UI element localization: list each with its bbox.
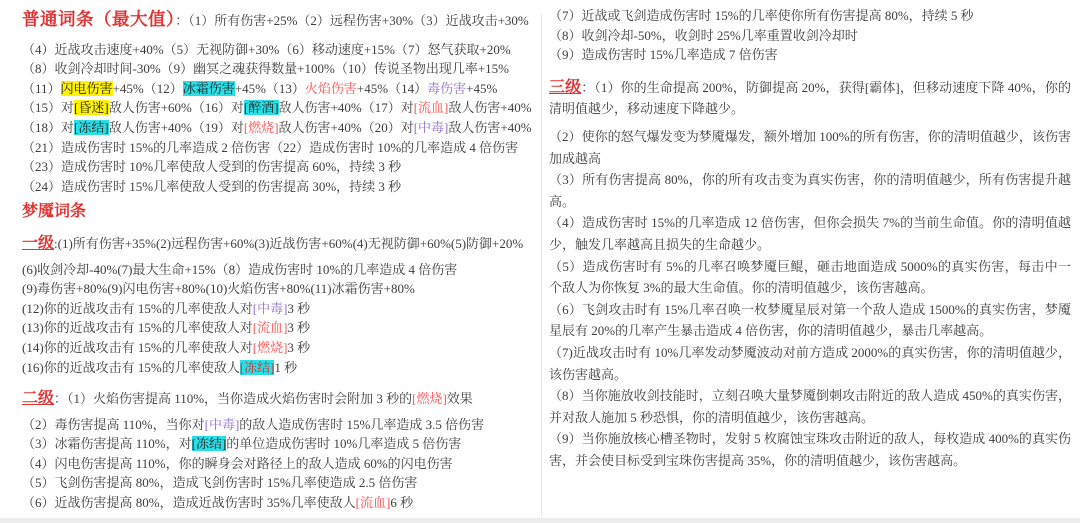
text-line: （3）冰霜伤害提高 110%，对[冻结]的单位造成伤害时 10%几率造成 5 倍… xyxy=(22,434,534,454)
status-term: 毒伤害 xyxy=(427,81,466,96)
status-term: 冰霜伤害 xyxy=(183,81,235,96)
text-run: 1 秒 xyxy=(274,360,297,375)
text-run: +45%（13） xyxy=(235,81,305,96)
text-line: （23）造成伤害时 10%几率使敌人受到的伤害提高 60%，持续 3 秒 xyxy=(22,157,534,177)
column-divider xyxy=(541,14,542,523)
text-run: 效果 xyxy=(447,391,473,406)
right-page-column: （7）近战或飞剑造成伤害时 15%的几率使你所有伤害提高 80%，持续 5 秒（… xyxy=(549,6,1071,471)
status-term: [昏迷] xyxy=(74,100,109,115)
text-line: （5）飞剑伤害提高 80%，造成飞剑伤害时 15%几率使造成 2.5 倍伤害 xyxy=(22,473,534,493)
text-run: 敌人伤害+40%（20）对 xyxy=(279,120,414,135)
text-run: (16)你的近战攻击有 15%的几率使敌人 xyxy=(22,360,240,375)
text-run: （5）飞剑伤害提高 80%，造成飞剑伤害时 15%几率使造成 2.5 倍伤害 xyxy=(22,475,417,490)
text-run: 3 秒 xyxy=(287,320,310,335)
text-line: (9)毒伤害+80%(9)闪电伤害+80%(10)火焰伤害+80%(11)冰霜伤… xyxy=(22,279,534,299)
text-run: (14)你的近战攻击有 15%的几率使敌人对 xyxy=(22,340,253,355)
status-term: [燃烧] xyxy=(253,340,288,355)
text-line: （21）造成伤害时 15%的几率造成 2 倍伤害（22）造成伤害时 10%的几率… xyxy=(22,138,534,158)
section-heading: 普通词条（最大值） xyxy=(22,9,175,29)
text-line: (6)收剑冷却-40%(7)最大生命+15%（8）造成伤害时 10%的几率造成 … xyxy=(22,260,534,280)
text-run: :(1)所有伤害+35%(2)远程伤害+60%(3)近战伤害+60%(4)无视防… xyxy=(54,236,523,251)
text-run: （24）造成伤害时 15%几率使敌人受到的伤害提高 30%，持续 3 秒 xyxy=(22,179,401,194)
text-run: (12)你的近战攻击有 15%的几率使敌人对 xyxy=(22,301,253,316)
text-run: 敌人伤害+40%（17）对 xyxy=(279,100,414,115)
text-run: （8）收剑冷却时间-30%（9）幽冥之魂获得数量+100%（10）传说圣物出现几… xyxy=(22,61,509,76)
status-term: [中毒] xyxy=(414,120,449,135)
text-line: （4）闪电伤害提高 110%，你的瞬身会对路径上的敌人造成 60%的闪电伤害 xyxy=(22,454,534,474)
text-line: （5）造成伤害时有 5%的几率召唤梦魇巨鲲，砸击地面造成 5000%的真实伤害，… xyxy=(549,256,1071,299)
left-page-column: 普通词条（最大值）：（1）所有伤害+25%（2）远程伤害+30%（3）近战攻击+… xyxy=(22,10,534,513)
text-line: （2）毒伤害提高 110%，当你对[中毒]的敌人造成伤害时 15%几率造成 3.… xyxy=(22,415,534,435)
text-run: 敌人伤害+40% xyxy=(448,100,531,115)
text-run: ：（1）所有伤害+25%（2）远程伤害+30%（3）近战攻击+30% xyxy=(175,13,528,28)
text-run: （9）造成伤害时 15%几率造成 7 倍伤害 xyxy=(549,47,778,62)
status-term: [冻结] xyxy=(192,436,227,451)
text-run: +45% xyxy=(466,81,497,96)
text-run: （4）造成伤害时 15%的几率造成 12 倍伤害，但你会损失 7%的当前生命值。… xyxy=(549,215,1071,252)
text-run: （8）当你施放收剑技能时，立刻召唤大量梦魇倒刺攻击附近的敌人造成 450%的真实… xyxy=(549,388,1071,425)
text-run: （4）近战攻击速度+40%（5）无视防御+30%（6）移动速度+15%（7）怒气… xyxy=(22,42,511,57)
text-line: （4）近战攻击速度+40%（5）无视防御+30%（6）移动速度+15%（7）怒气… xyxy=(22,40,534,60)
text-line: （2）使你的怒气爆发变为梦魇爆发，额外增加 100%的所有伤害，你的清明值越少，… xyxy=(549,126,1071,169)
text-line: （24）造成伤害时 15%几率使敌人受到的伤害提高 30%，持续 3 秒 xyxy=(22,177,534,197)
document-page: 普通词条（最大值）：（1）所有伤害+25%（2）远程伤害+30%（3）近战攻击+… xyxy=(0,0,1080,523)
text-run: （23）造成伤害时 10%几率使敌人受到的伤害提高 60%，持续 3 秒 xyxy=(22,159,401,174)
text-line: （4）造成伤害时 15%的几率造成 12 倍伤害，但你会损失 7%的当前生命值。… xyxy=(549,212,1071,255)
text-line: 二级：（1）火焰伤害提高 110%，当你造成火焰伤害时会附加 3 秒的[燃烧]效… xyxy=(22,389,534,409)
text-run: （15）对 xyxy=(22,100,74,115)
text-line: （8）收剑冷却-50%，收剑时 25%几率重置收剑冷却时 xyxy=(549,26,1071,46)
status-term: 火焰伤害 xyxy=(305,81,357,96)
text-run: 3 秒 xyxy=(287,340,310,355)
status-term: [流血] xyxy=(356,495,391,510)
text-run: 敌人伤害+60%（16）对 xyxy=(109,100,244,115)
text-run: （6）近战伤害提高 80%，造成近战伤害时 35%几率使敌人 xyxy=(22,495,356,510)
text-run: (13)你的近战攻击有 15%的几率使敌人对 xyxy=(22,320,253,335)
status-term: [冻结] xyxy=(240,360,275,375)
text-run: +45%（14） xyxy=(357,81,427,96)
text-line: (16)你的近战攻击有 15%的几率使敌人[冻结]1 秒 xyxy=(22,358,534,378)
text-run: （9）当你施放核心槽圣物时，发射 5 枚腐蚀宝珠攻击附近的敌人，每枚造成 400… xyxy=(549,431,1071,468)
text-line: (14)你的近战攻击有 15%的几率使敌人对[燃烧]3 秒 xyxy=(22,338,534,358)
text-line: （8）收剑冷却时间-30%（9）幽冥之魂获得数量+100%（10）传说圣物出现几… xyxy=(22,59,534,79)
text-run: （21）造成伤害时 15%的几率造成 2 倍伤害（22）造成伤害时 10%的几率… xyxy=(22,140,518,155)
text-run: ：（1）火焰伤害提高 110%，当你造成火焰伤害时会附加 3 秒的 xyxy=(54,391,412,406)
text-line: （9）造成伤害时 15%几率造成 7 倍伤害 xyxy=(549,45,1071,65)
text-run: （3）冰霜伤害提高 110%，对 xyxy=(22,436,192,451)
section-heading: 三级 xyxy=(549,79,581,96)
status-term: [冻结] xyxy=(74,120,109,135)
text-line: （9）当你施放核心槽圣物时，发射 5 枚腐蚀宝珠攻击附近的敌人，每枚造成 400… xyxy=(549,428,1071,471)
text-run: （5）造成伤害时有 5%的几率召唤梦魇巨鲲，砸击地面造成 5000%的真实伤害，… xyxy=(549,259,1071,296)
text-run: （7）近战或飞剑造成伤害时 15%的几率使你所有伤害提高 80%，持续 5 秒 xyxy=(549,8,974,23)
text-line: （3）所有伤害提高 80%，你的所有攻击变为真实伤害，你的清明值越少，所有伤害提… xyxy=(549,169,1071,212)
text-run: 的敌人造成伤害时 15%几率造成 3.5 倍伤害 xyxy=(239,417,484,432)
status-term: [中毒] xyxy=(205,417,240,432)
text-run: +45%（12） xyxy=(113,81,183,96)
text-run: 3 秒 xyxy=(287,301,310,316)
text-run: 敌人伤害+40% xyxy=(448,120,531,135)
text-line: （7)近战攻击时有 10%几率发动梦魇波动对前方造成 2000%的真实伤害，你的… xyxy=(549,342,1071,385)
status-term: [流血] xyxy=(253,320,288,335)
text-run: (6)收剑冷却-40%(7)最大生命+15%（8）造成伤害时 10%的几率造成 … xyxy=(22,262,457,277)
text-run: （4）闪电伤害提高 110%，你的瞬身会对路径上的敌人造成 60%的闪电伤害 xyxy=(22,456,453,471)
text-run: ：（1）你的生命提高 200%，防御提高 20%，获得[霸体]，但移动速度下降 … xyxy=(549,80,1071,117)
text-line: （11）闪电伤害+45%（12）冰霜伤害+45%（13）火焰伤害+45%（14）… xyxy=(22,79,534,99)
text-line: （8）当你施放收剑技能时，立刻召唤大量梦魇倒刺攻击附近的敌人造成 450%的真实… xyxy=(549,385,1071,428)
text-run: （3）所有伤害提高 80%，你的所有攻击变为真实伤害，你的清明值越少，所有伤害提… xyxy=(549,172,1071,209)
text-line: （18）对[冻结]敌人伤害+40%（19）对[燃烧]敌人伤害+40%（20）对[… xyxy=(22,118,534,138)
text-line: 普通词条（最大值）：（1）所有伤害+25%（2）远程伤害+30%（3）近战攻击+… xyxy=(22,10,534,31)
status-term: [流血] xyxy=(414,100,449,115)
text-run: （8）收剑冷却-50%，收剑时 25%几率重置收剑冷却时 xyxy=(549,28,858,43)
text-run: （2）使你的怒气爆发变为梦魇爆发，额外增加 100%的所有伤害，你的清明值越少，… xyxy=(549,129,1071,166)
text-run: （11） xyxy=(22,81,61,96)
text-line: 梦魇词条 xyxy=(22,202,534,222)
text-line: （7）近战或飞剑造成伤害时 15%的几率使你所有伤害提高 80%，持续 5 秒 xyxy=(549,6,1071,26)
text-run: （2）毒伤害提高 110%，当你对 xyxy=(22,417,205,432)
text-line: 一级:(1)所有伤害+35%(2)远程伤害+60%(3)近战伤害+60%(4)无… xyxy=(22,234,534,254)
text-run: （7)近战攻击时有 10%几率发动梦魇波动对前方造成 2000%的真实伤害，你的… xyxy=(549,345,1071,382)
status-term: [燃烧] xyxy=(244,120,279,135)
status-term: [中毒] xyxy=(253,301,288,316)
section-heading: 一级 xyxy=(22,235,54,252)
text-run: 的单位造成伤害时 10%几率造成 5 倍伤害 xyxy=(226,436,461,451)
text-run: （18）对 xyxy=(22,120,74,135)
text-line: （15）对[昏迷]敌人伤害+60%（16）对[醉酒]敌人伤害+40%（17）对[… xyxy=(22,98,534,118)
text-run: 敌人伤害+40%（19）对 xyxy=(109,120,244,135)
text-run: (9)毒伤害+80%(9)闪电伤害+80%(10)火焰伤害+80%(11)冰霜伤… xyxy=(22,281,415,296)
text-line: （6）近战伤害提高 80%，造成近战伤害时 35%几率使敌人[流血]6 秒 xyxy=(22,493,534,513)
text-run: 6 秒 xyxy=(390,495,413,510)
text-line: (13)你的近战攻击有 15%的几率使敌人对[流血]3 秒 xyxy=(22,318,534,338)
status-term: [燃烧] xyxy=(412,391,447,406)
text-line: (12)你的近战攻击有 15%的几率使敌人对[中毒]3 秒 xyxy=(22,299,534,319)
text-line: 三级：（1）你的生命提高 200%，防御提高 20%，获得[霸体]，但移动速度下… xyxy=(549,77,1071,120)
status-term: 闪电伤害 xyxy=(61,81,113,96)
text-line: （6）飞剑攻击时有 15%几率召唤一枚梦魇星辰对第一个敌人造成 1500%的真实… xyxy=(549,299,1071,342)
page-bottom-edge xyxy=(0,518,1080,523)
text-run: （6）飞剑攻击时有 15%几率召唤一枚梦魇星辰对第一个敌人造成 1500%的真实… xyxy=(549,302,1071,339)
section-heading: 二级 xyxy=(22,390,54,407)
section-heading: 梦魇词条 xyxy=(22,203,86,220)
status-term: [醉酒] xyxy=(244,100,279,115)
